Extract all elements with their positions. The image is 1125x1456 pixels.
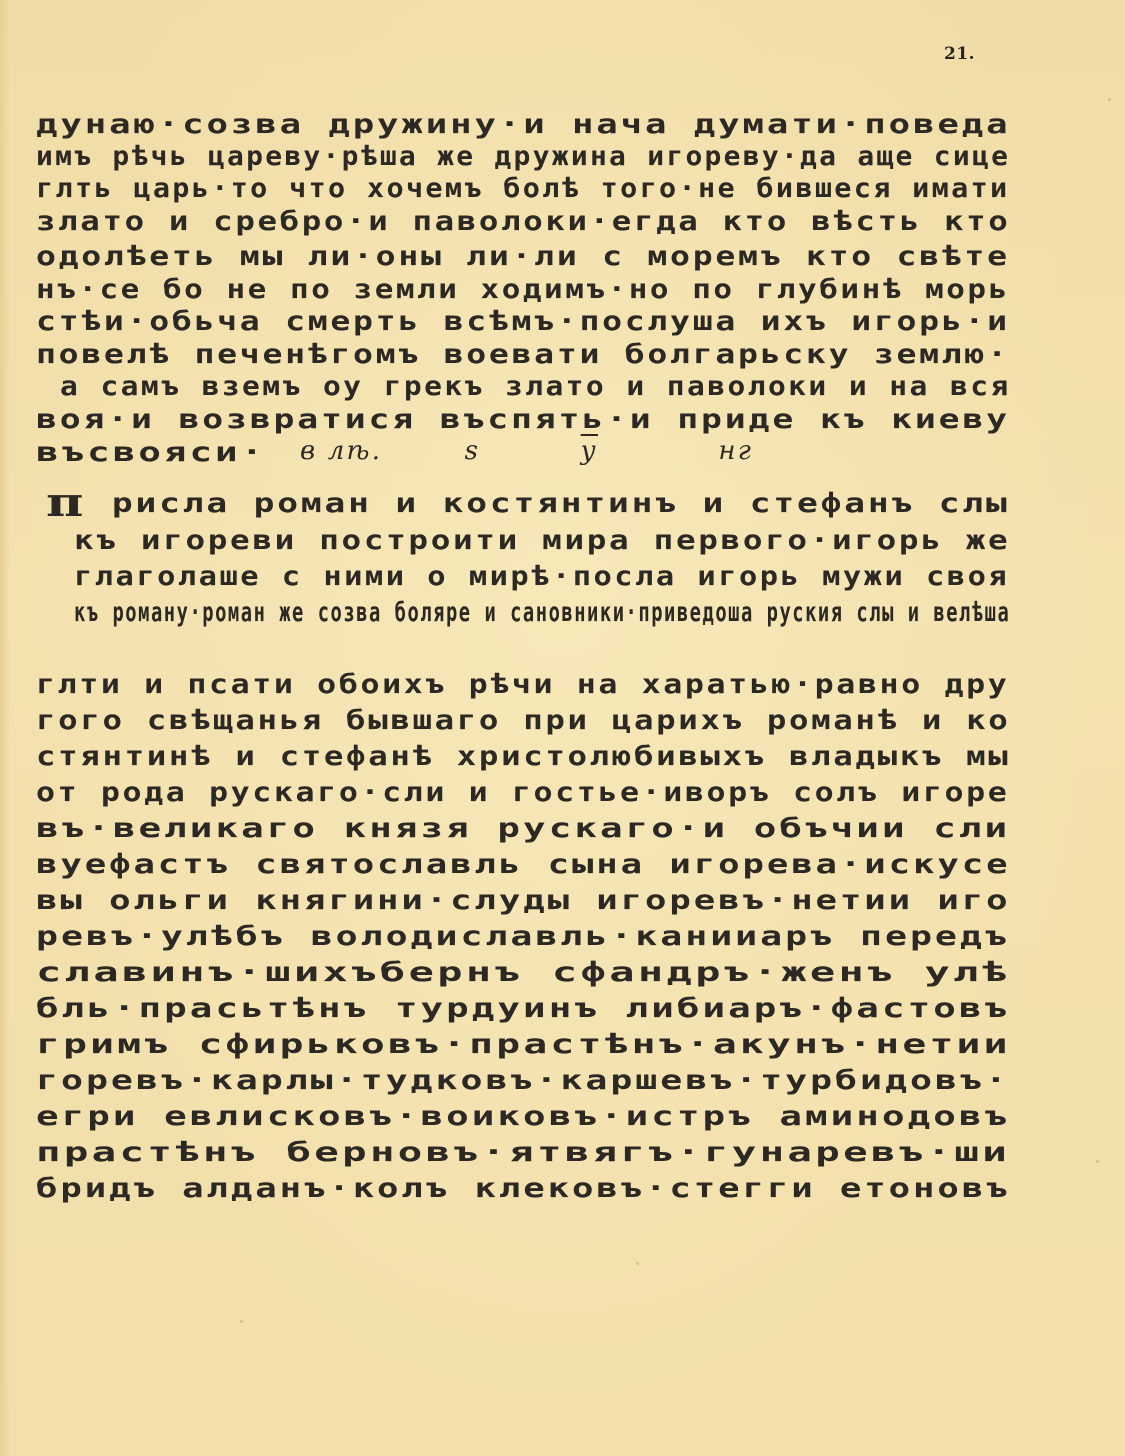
paper-speck <box>1108 98 1111 101</box>
text-line: гримъ сфирьковъ·прастѣнъ·акунъ·нетии <box>36 1028 1011 1062</box>
text-line: гого свѣщанья бывшаго при царихъ романѣ … <box>36 704 1010 738</box>
text-line: славинъ·шихъбернъ сфандръ·женъ улѣ <box>36 956 1010 990</box>
text-line: ревъ·улѣбъ володиславль·канииаръ передъ <box>36 920 1010 954</box>
text-line: воя·и возвратися въспять·и приде къ киев… <box>36 403 1010 437</box>
text-line: глть царь·то что хочемъ болѣ того·не бив… <box>36 172 1010 206</box>
text-line: от рода рускаго·сли и гостье·иворъ солъ … <box>36 776 1009 810</box>
text-line-initial: Присла роман и костянтинъ и стефанъ слы <box>46 486 1010 521</box>
text-line: стянтинѣ и стефанѣ христолюбивыхъ владык… <box>36 740 1010 774</box>
year-digit-hundreds: у <box>581 434 598 468</box>
text-line: въсвояси· <box>36 436 266 470</box>
text-line: дунаю·созва дружину·и нача думати·поведа <box>36 108 1010 142</box>
text-line: бль·прасьтѣнъ турдуинъ либиаръ·фастовъ <box>36 992 1010 1026</box>
year-heading: в лѣ. ѕ у нг <box>300 434 753 468</box>
text-line: въ·великаго князя рускаго·и объчии сли <box>36 812 1010 846</box>
text-line: рисла роман и костянтинъ и стефанъ слы <box>112 488 1010 519</box>
text-line: глаголаше с ними о мирѣ·посла игорь мужи… <box>74 560 1009 594</box>
year-digit-thousands: ѕ <box>465 434 481 468</box>
paper-speck <box>240 1320 243 1323</box>
text-line: одолѣеть мы ли·оны ли·ли с моремъ кто св… <box>36 240 1010 274</box>
text-line: глти и псати обоихъ рѣчи на харатью·равн… <box>36 668 1009 702</box>
text-line: а самъ вземъ оу грекъ злато и паволоки и… <box>60 370 1011 404</box>
text-line: горевъ·карлы·тудковъ·каршевъ·турбидовъ· <box>36 1064 1010 1098</box>
text-line: бридъ алданъ·колъ клековъ·стегги етоновъ <box>36 1172 1010 1206</box>
text-line: прастѣнъ берновъ·ятвягъ·гунаревъ·ши <box>36 1136 1010 1170</box>
text-line: повелѣ печенѣгомъ воевати болгарьску зем… <box>36 338 1010 372</box>
text-line: нъ·се бо не по земли ходимъ·но по глубин… <box>36 273 1010 307</box>
year-digit-units: нг <box>718 434 753 468</box>
text-line: егри евлисковъ·воиковъ·истръ аминодовъ <box>36 1100 1010 1134</box>
text-line: къ роману·роман же созва боляре и сановн… <box>74 596 1010 630</box>
manuscript-page: 21. дунаю·созва дружину·и нача думати·по… <box>0 0 1125 1456</box>
text-line: къ игореви построити мира первого·игорь … <box>74 524 1010 558</box>
year-label: в лѣ. <box>300 434 382 468</box>
text-line: злато и сребро·и паволоки·егда кто вѣсть… <box>36 205 1010 239</box>
text-line: стѣи·обьча смерть всѣмъ·послуша ихъ игор… <box>36 305 1010 339</box>
text-line: имъ рѣчь цареву·рѣша же дружина игореву·… <box>36 140 1010 174</box>
text-line: вуефастъ святославль сына игорева·искусе <box>36 848 1010 882</box>
paper-speck <box>1096 1160 1099 1163</box>
page-number: 21. <box>944 44 975 64</box>
paper-speck <box>636 1262 639 1265</box>
drop-initial: П <box>46 479 86 526</box>
text-line: вы ольги княгини·слуды игоревъ·нетии иго <box>36 884 1010 918</box>
